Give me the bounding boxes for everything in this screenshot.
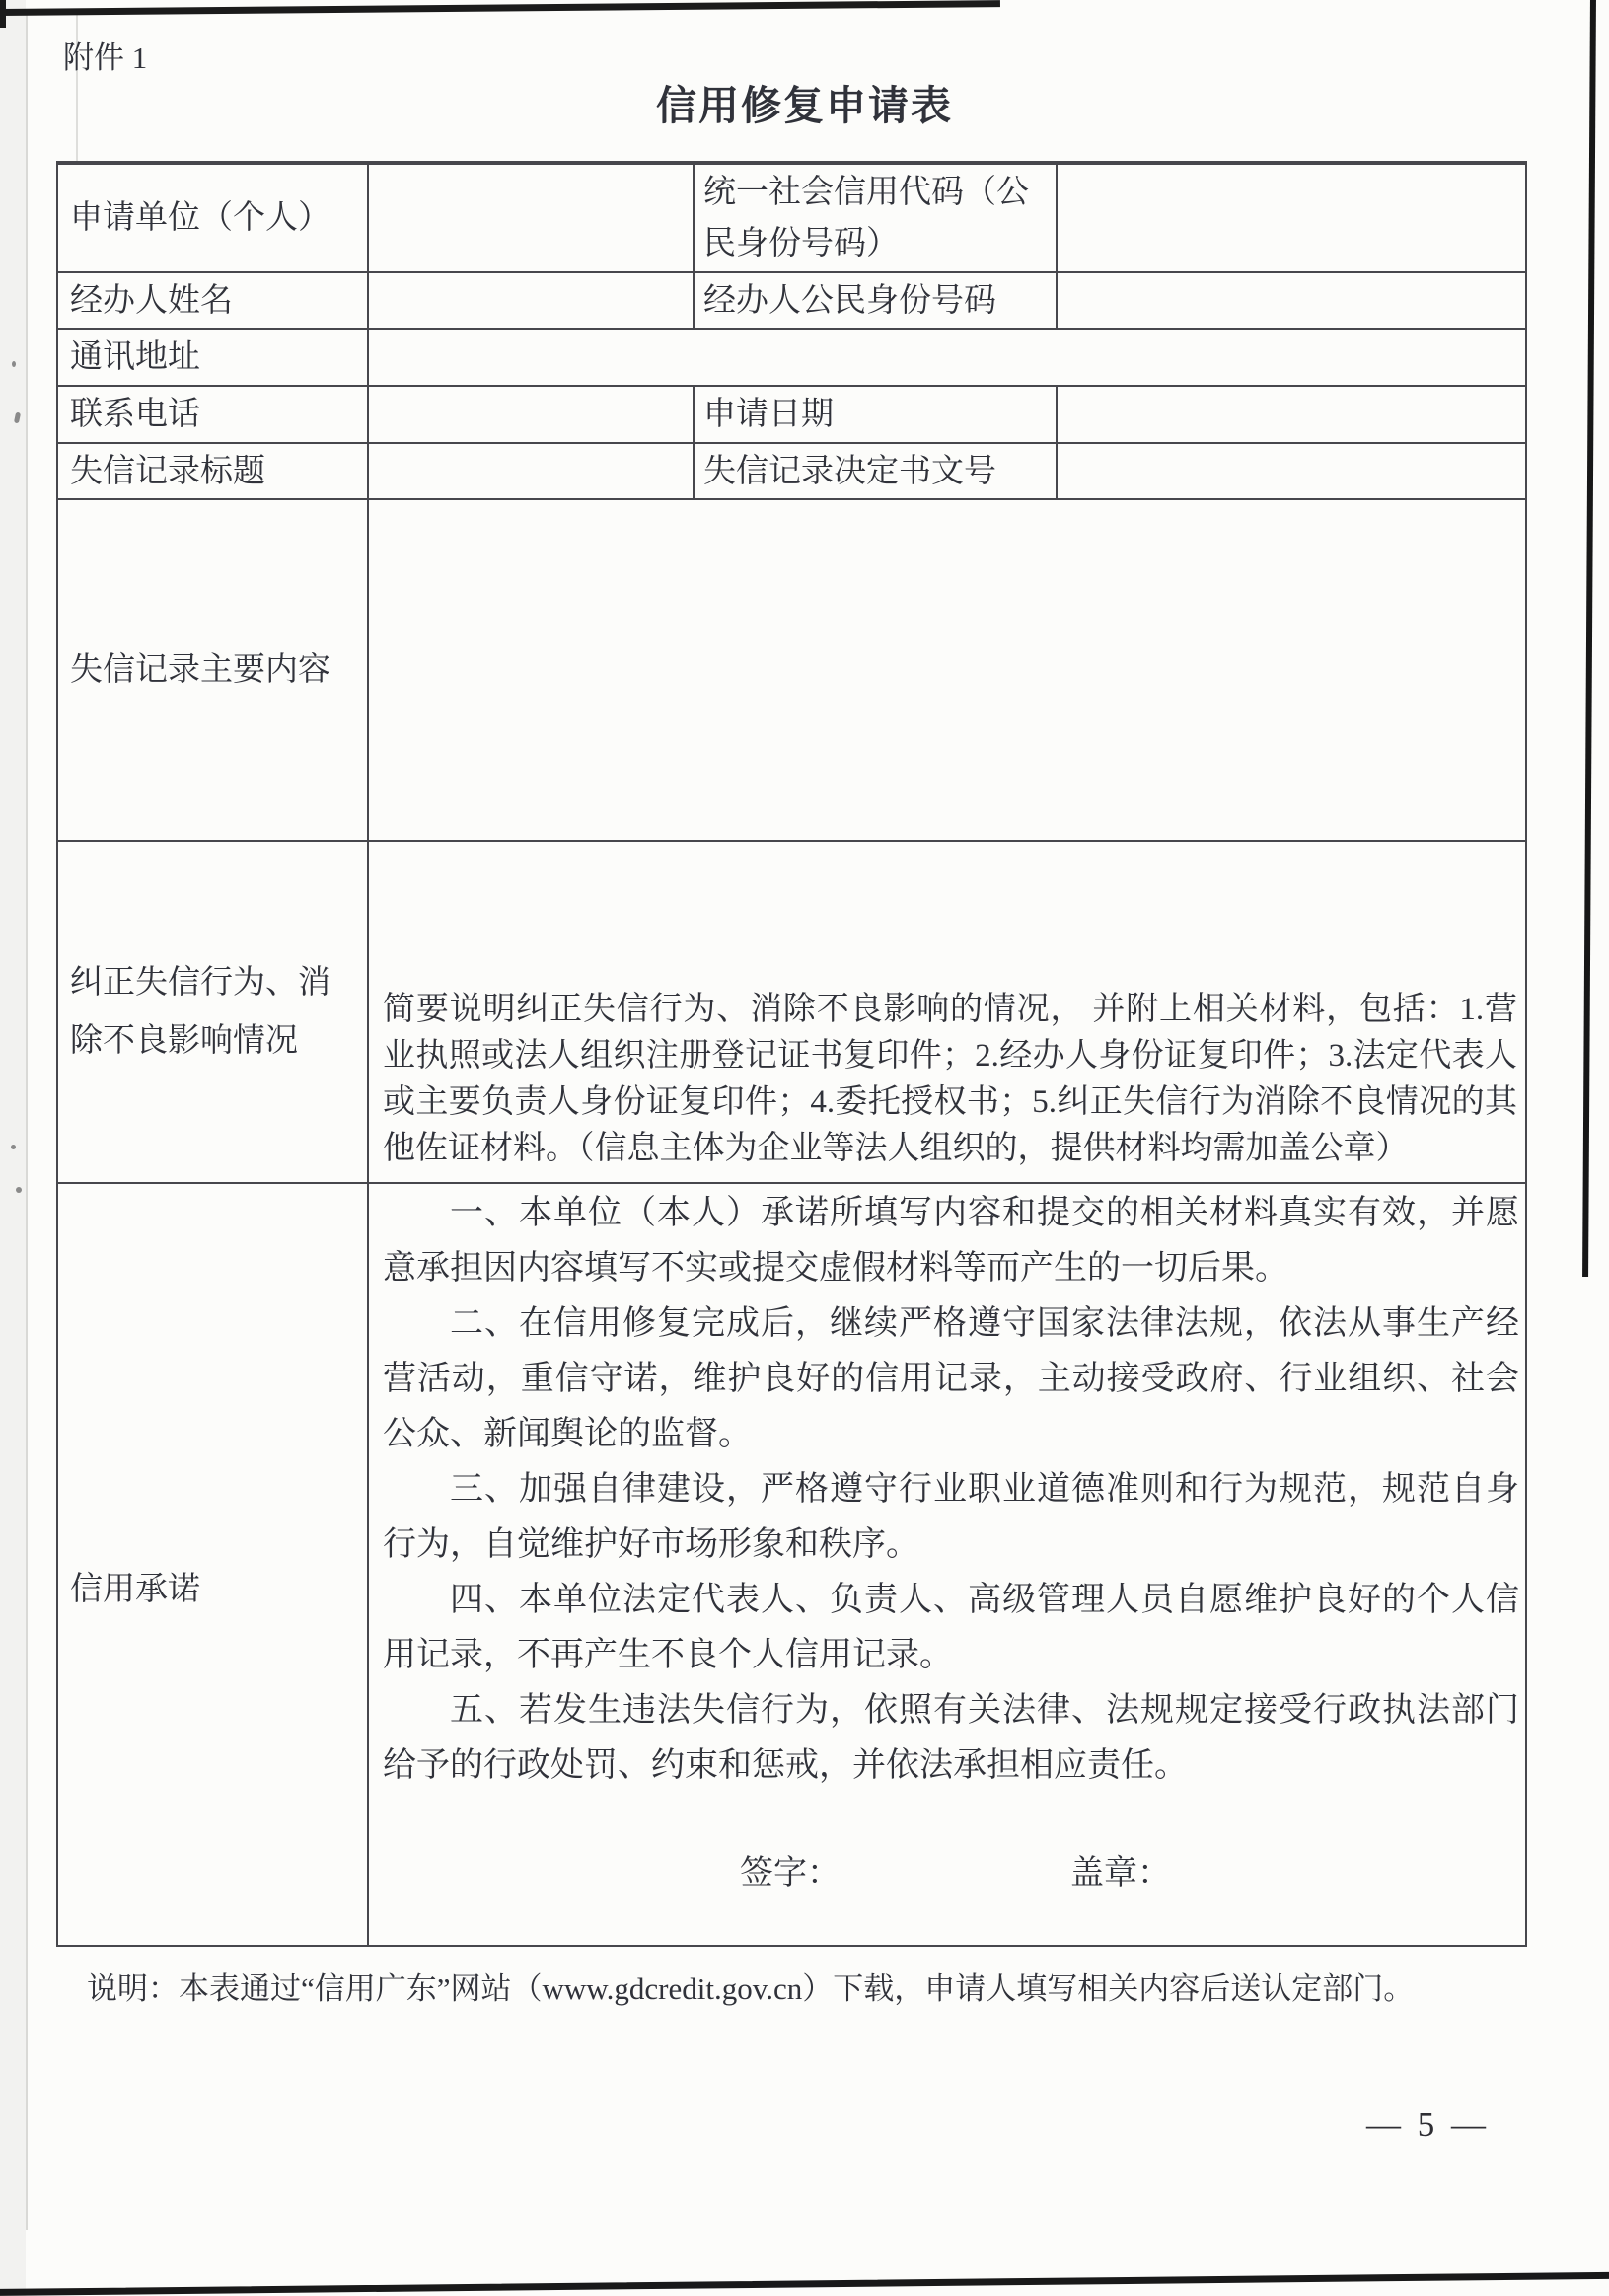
scan-shadow-top: [0, 0, 1000, 16]
record-content-label: 失信记录主要内容: [58, 645, 338, 695]
apply-date-label: 申请日期: [695, 389, 841, 440]
applicant-value-cell: [369, 165, 695, 271]
address-label-cell: 通讯地址: [58, 330, 369, 385]
page-number: — 5 —: [1366, 2106, 1490, 2145]
agent-id-value-cell: [1058, 273, 1525, 328]
promise-paragraph-2: 二、在信用修复完成后，继续严格遵守国家法律法规，依法从事生产经营活动，重信守诺，…: [383, 1296, 1519, 1462]
record-title-value-cell: [369, 444, 695, 498]
phone-value-cell: [369, 387, 695, 442]
correction-label: 纠正失信行为、消除不良影响情况: [58, 954, 367, 1071]
promise-paragraph-5: 五、若发生违法失信行为，依照有关法律、法规规定接受行政执法部门给予的行政处罚、约…: [383, 1683, 1519, 1794]
footnote: 说明：本表通过“信用广东”网站（www.gdcredit.gov.cn）下载，申…: [87, 1967, 1547, 2011]
record-title-label: 失信记录标题: [58, 447, 273, 496]
application-form-table: 申请单位（个人） 统一社会信用代码（公民身份号码） 经办人姓名 经办人公民身份号…: [56, 161, 1527, 1947]
record-doc-no-label-cell: 失信记录决定书文号: [695, 444, 1058, 498]
signature-label: 签字：: [740, 1845, 841, 1893]
record-doc-no-value-cell: [1058, 444, 1525, 498]
scan-shadow-bottom: [0, 2272, 1609, 2296]
record-title-label-cell: 失信记录标题: [58, 444, 369, 498]
address-label: 通讯地址: [58, 333, 208, 382]
table-row-record-title: 失信记录标题 失信记录决定书文号: [58, 444, 1525, 500]
promise-paragraph-3: 三、加强自律建设，严格遵守行业职业道德准则和行为规范，规范自身行为，自觉维护好市…: [383, 1462, 1519, 1573]
record-content-value-cell: [369, 500, 1525, 840]
scan-speck: [16, 1187, 22, 1193]
page-edge-left: [26, 12, 28, 2230]
seal-label: 盖章：: [1070, 1845, 1171, 1893]
promise-label-cell: 信用承诺: [58, 1184, 369, 1945]
signature-row: 签字： 盖章：: [383, 1845, 1519, 1893]
apply-date-label-cell: 申请日期: [695, 387, 1058, 442]
correction-label-cell: 纠正失信行为、消除不良影响情况: [58, 842, 369, 1182]
phone-label-cell: 联系电话: [58, 387, 369, 442]
agent-name-label: 经办人姓名: [58, 276, 241, 326]
phone-label: 联系电话: [58, 390, 208, 439]
address-value-cell: [369, 330, 1525, 385]
promise-content-cell: 一、本单位（本人）承诺所填写内容和提交的相关材料真实有效，并愿意承担因内容填写不…: [369, 1184, 1525, 1945]
record-doc-no-label: 失信记录决定书文号: [695, 446, 1004, 497]
page-title: 信用修复申请表: [0, 73, 1609, 131]
table-row-correction: 纠正失信行为、消除不良影响情况 简要说明纠正失信行为、消除不良影响的情况， 并附…: [58, 842, 1525, 1184]
agent-name-value-cell: [369, 273, 695, 328]
promise-paragraph-4: 四、本单位法定代表人、负责人、高级管理人员自愿维护良好的个人信用记录，不再产生不…: [383, 1573, 1519, 1683]
record-content-label-cell: 失信记录主要内容: [58, 500, 369, 840]
apply-date-value-cell: [1058, 387, 1525, 442]
scanned-document-page: 附件 1 信用修复申请表 申请单位（个人） 统一社会信用代码（公民身份号码） 经…: [0, 0, 1609, 2296]
credit-code-label: 统一社会信用代码（公民身份号码）: [695, 167, 1056, 269]
applicant-label: 申请单位（个人）: [58, 193, 338, 243]
table-row-applicant: 申请单位（个人） 统一社会信用代码（公民身份号码）: [58, 165, 1525, 273]
agent-name-label-cell: 经办人姓名: [58, 273, 369, 328]
table-row-agent: 经办人姓名 经办人公民身份号码: [58, 273, 1525, 330]
attachment-label: 附件 1: [63, 33, 147, 77]
agent-id-label: 经办人公民身份号码: [695, 275, 1004, 327]
table-row-address: 通讯地址: [58, 330, 1525, 387]
agent-id-label-cell: 经办人公民身份号码: [695, 273, 1058, 328]
credit-code-label-cell: 统一社会信用代码（公民身份号码）: [695, 165, 1058, 271]
promise-paragraph-1: 一、本单位（本人）承诺所填写内容和提交的相关材料真实有效，并愿意承担因内容填写不…: [383, 1186, 1519, 1296]
correction-instructions-cell: 简要说明纠正失信行为、消除不良影响的情况， 并附上相关材料，包括：1.营业执照或…: [369, 842, 1525, 1182]
table-row-phone: 联系电话 申请日期: [58, 387, 1525, 444]
scan-speck: [12, 361, 16, 367]
applicant-label-cell: 申请单位（个人）: [58, 165, 369, 271]
scan-shadow-corner: [0, 0, 6, 28]
table-row-promise: 信用承诺 一、本单位（本人）承诺所填写内容和提交的相关材料真实有效，并愿意承担因…: [58, 1184, 1525, 1945]
correction-instructions: 简要说明纠正失信行为、消除不良影响的情况， 并附上相关材料，包括：1.营业执照或…: [369, 987, 1525, 1182]
table-row-record-content: 失信记录主要内容: [58, 500, 1525, 842]
credit-code-value-cell: [1058, 165, 1525, 271]
promise-label: 信用承诺: [58, 1565, 208, 1614]
scan-speck: [11, 1145, 16, 1149]
scan-shadow-right: [1582, 0, 1596, 1277]
